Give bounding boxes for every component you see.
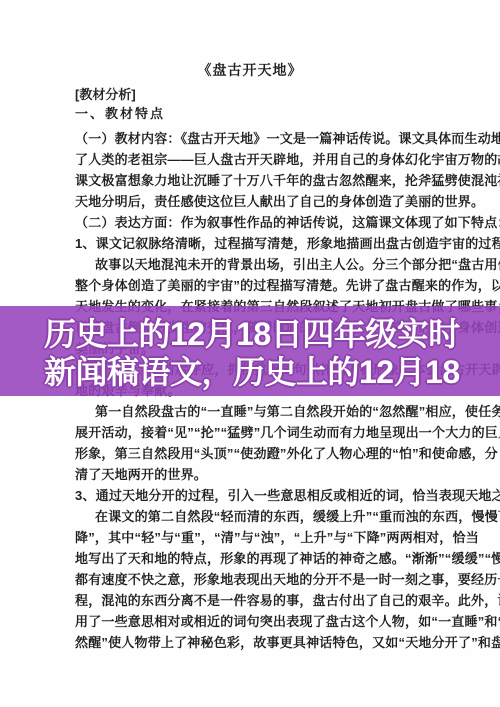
document-line: 课文极富想象力地让沉睡了十万八千年的盘古忽然醒来，抡斧猛劈使混沌初开， (75, 170, 445, 191)
document-line: 天地分明后，责任感使这位巨人献出了自己的身体创造了美丽的世界。 (75, 191, 445, 212)
document-line: 用了一些意思相对或相近的词句突出表现了盘古这个人物，如“一直睡”和“忽 (75, 611, 445, 632)
document-line: （一）教材内容：《盘古开天地》一文是一篇神话传说。课文具体而生动地记叙 (75, 128, 445, 149)
document-line: 第一自然段盘古的“一直睡”与第二自然段开始的“忽然醒”相应，使任务 (75, 401, 445, 422)
document-page: 《盘古开天地》 [教材分析] 一、教材特点 （一）教材内容：《盘古开天地》一文是… (0, 0, 500, 707)
section-label: [教材分析] (75, 84, 136, 103)
document-line: 3、通过天地分开的过程，引入一些意思相反或相近的词，恰当表现天地之不同。 (75, 485, 445, 506)
document-line: 了人类的老祖宗——巨人盘古开天辟地，并用自己的身体幻化宇宙万物的故事。 (75, 149, 445, 170)
document-title: 《盘古开天地》 (0, 60, 500, 80)
document-line: 在课文的第二自然段“轻而清的东西，缓缓上升”“重而浊的东西，慢慢下 (75, 506, 445, 527)
document-line: 形象，第三自然段用“头顶”“使劲蹬”外化了人物心理的“怕”和使命感，分 (75, 443, 445, 464)
document-line: 降”，其中“轻”与“重”，“清”与“浊”，“上升”与“下降”两两相对，恰当 (75, 527, 445, 548)
document-line: 1、课文记叙脉络清晰，过程描写清楚，形象地描画出盘古创造宇宙的过程。 (75, 233, 445, 254)
document-line: 整个身体创造了美丽的宇宙”的过程描写清楚。先讲了盘古醒来的作为，以及使 (75, 275, 445, 296)
document-line: 都有速度不快之意，形象地表现出天地的分开不是一时一刻之事，要经历一个过 (75, 569, 445, 590)
document-line: 清了天地两开的世界。 (75, 464, 445, 485)
document-line: （二）表达方面：作为叙事性作品的神话传说，这篇课文体现了如下特点： (75, 212, 445, 233)
document-line: 故事以天地混沌未开的背景出场，引出主人公。分三个部分把“盘古用他的 (75, 254, 445, 275)
banner-headline-line-1: 历史上的12月18日四年级实时 (44, 316, 460, 352)
section-heading: 一、教材特点 (75, 103, 165, 122)
banner-headline-line-2: 新闻稿语文，历史上的12月18 (44, 354, 460, 390)
overlay-banner: 历史上的12月18日四年级实时 新闻稿语文，历史上的12月18 (0, 306, 500, 396)
document-line: 程，混沌的东西分离不是一件容易的事，盘古付出了自己的艰辛。此外，课文还 (75, 590, 445, 611)
document-line: 地写出了天和地的特点，形象的再现了神话的神奇之感。“渐渐”“缓缓”“慢慢” (75, 548, 445, 569)
document-line: 然醒”使人物带上了神秘色彩，故事更具神话特色，又如“天地分开了”和盘古 (75, 632, 445, 653)
document-line: 展开活动，接着“见”“抡”“猛劈”几个词生动而有力地呈现出一个大力的巨人 (75, 422, 445, 443)
